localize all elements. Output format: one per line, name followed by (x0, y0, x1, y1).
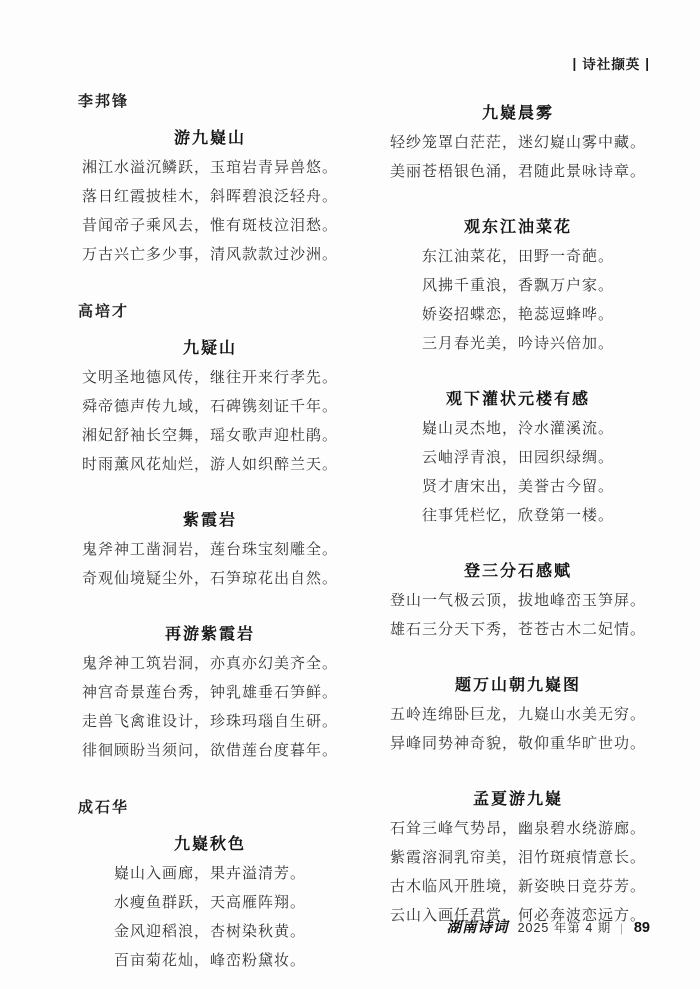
poem-line: 往事凭栏忆，欣登第一楼。 (372, 502, 664, 531)
poem-line: 古木临风开胜境，新姿映日竞芬芳。 (372, 873, 664, 902)
poem-line: 时雨薰风花灿烂，游人如织醉兰天。 (64, 451, 356, 480)
poem-line: 文明圣地德风传，继往开来行孝先。 (64, 364, 356, 393)
poem-line: 异峰同势神奇貌，敬仰重华旷世功。 (372, 730, 664, 759)
poem-title: 九疑山 (64, 335, 356, 358)
poet-name: 高培才 (78, 300, 356, 321)
poem-line: 风拂千重浪，香飘万户家。 (372, 272, 664, 301)
poem-line: 奇观仙境疑尘外，石笋琼花出自然。 (64, 565, 356, 594)
poem-line: 昔闻帝子乘风去，惟有斑枝泣泪愁。 (64, 212, 356, 241)
poem-line: 舜帝德声传九域，石碑镌刻证千年。 (64, 393, 356, 422)
poem-title: 登三分石感赋 (372, 558, 664, 581)
poem-line: 石耸三峰气势昂，幽泉碧水绕游廊。 (372, 815, 664, 844)
poem: 登三分石感赋登山一气极云顶，拔地峰峦玉笋屏。雄石三分天下秀，苍苍古木二妃情。 (372, 558, 664, 645)
header-bar-left: | (572, 56, 577, 71)
poem-line: 五岭连绵卧巨龙，九嶷山水美无穷。 (372, 701, 664, 730)
poem-title: 孟夏游九嶷 (372, 786, 664, 809)
poem-line: 云岫浮青浪，田园织绿绸。 (372, 444, 664, 473)
poem-title: 九嶷秋色 (64, 831, 356, 854)
poem: 观东江油菜花东江油菜花，田野一奇葩。风拂千重浪，香飘万户家。娇姿招蝶恋，艳蕊逗蜂… (372, 214, 664, 359)
footer-divider: | (620, 920, 623, 936)
poem-line: 鬼斧神工凿洞岩，莲台珠宝刻雕全。 (64, 536, 356, 565)
poem-title: 游九嶷山 (64, 125, 356, 148)
poem-line: 百亩菊花灿，峰峦粉黛妆。 (64, 947, 356, 976)
poem-line: 东江油菜花，田野一奇葩。 (372, 243, 664, 272)
poem-line: 美丽苍梧银色涌，君随此景咏诗章。 (372, 158, 664, 187)
section-header-tag: | 诗社撷英 | (572, 53, 650, 73)
header-bar-right: | (645, 56, 650, 71)
poem-line: 落日红霞披桂木，斜晖碧浪泛轻舟。 (64, 183, 356, 212)
poem: 九嶷秋色嶷山入画廊，果卉溢清芳。水瘦鱼群跃，天高雁阵翔。金风迎稻浪，杏树染秋黄。… (64, 831, 356, 976)
poem: 题万山朝九嶷图五岭连绵卧巨龙，九嶷山水美无穷。异峰同势神奇貌，敬仰重华旷世功。 (372, 672, 664, 759)
poem-line: 嶷山灵杰地，泠水灌溪流。 (372, 415, 664, 444)
page-footer: 湖南诗词 2025 年第 4 期 | 89 (447, 916, 650, 937)
poem: 孟夏游九嶷石耸三峰气势昂，幽泉碧水绕游廊。紫霞溶洞乳帘美，泪竹斑痕情意长。古木临… (372, 786, 664, 931)
poem: 再游紫霞岩鬼斧神工筑岩洞，亦真亦幻美齐全。神宫奇景莲台秀，钟乳雄垂石笋鲜。走兽飞… (64, 621, 356, 766)
poem-title: 观东江油菜花 (372, 214, 664, 237)
poem-line: 金风迎稻浪，杏树染秋黄。 (64, 918, 356, 947)
poem-line: 登山一气极云顶，拔地峰峦玉笋屏。 (372, 587, 664, 616)
issue-label: 2025 年第 4 期 (518, 918, 612, 936)
journal-name: 湖南诗词 (447, 916, 509, 937)
magazine-page: | 诗社撷英 | 李邦锋游九嶷山湘江水溢沉鳞跃，玉琯岩青异兽悠。落日红霞披桂木，… (0, 0, 700, 989)
poem-line: 走兽飞禽谁设计，珍珠玛瑙自生研。 (64, 708, 356, 737)
poem: 观下灌状元楼有感嶷山灵杰地，泠水灌溪流。云岫浮青浪，田园织绿绸。贤才唐宋出，美誉… (372, 386, 664, 531)
poem-title: 紫霞岩 (64, 507, 356, 530)
poem-line: 万古兴亡多少事，清风款款过沙洲。 (64, 241, 356, 270)
poem-line: 雄石三分天下秀，苍苍古木二妃情。 (372, 616, 664, 645)
poem-line: 娇姿招蝶恋，艳蕊逗蜂哗。 (372, 301, 664, 330)
poem-title: 题万山朝九嶷图 (372, 672, 664, 695)
poem: 九疑山文明圣地德风传，继往开来行孝先。舜帝德声传九域，石碑镌刻证千年。湘妃舒袖长… (64, 335, 356, 480)
poem-line: 水瘦鱼群跃，天高雁阵翔。 (64, 889, 356, 918)
poem-line: 湘妃舒袖长空舞，瑶女歌声迎杜鹃。 (64, 422, 356, 451)
page-number: 89 (634, 920, 650, 936)
poem-line: 贤才唐宋出，美誉古今留。 (372, 473, 664, 502)
section-title: 诗社撷英 (582, 53, 640, 73)
poem-title: 再游紫霞岩 (64, 621, 356, 644)
poem: 游九嶷山湘江水溢沉鳞跃，玉琯岩青异兽悠。落日红霞披桂木，斜晖碧浪泛轻舟。昔闻帝子… (64, 125, 356, 270)
poem-line: 湘江水溢沉鳞跃，玉琯岩青异兽悠。 (64, 154, 356, 183)
poem-line: 神宫奇景莲台秀，钟乳雄垂石笋鲜。 (64, 679, 356, 708)
poem: 九嶷晨雾轻纱笼罩白茫茫，迷幻嶷山雾中藏。美丽苍梧银色涌，君随此景咏诗章。 (372, 100, 664, 187)
poem-line: 鬼斧神工筑岩洞，亦真亦幻美齐全。 (64, 650, 356, 679)
poem-title: 九嶷晨雾 (372, 100, 664, 123)
poet-name: 李邦锋 (78, 90, 356, 111)
poem-line: 轻纱笼罩白茫茫，迷幻嶷山雾中藏。 (372, 129, 664, 158)
poem: 紫霞岩鬼斧神工凿洞岩，莲台珠宝刻雕全。奇观仙境疑尘外，石笋琼花出自然。 (64, 507, 356, 594)
poem-line: 嶷山入画廊，果卉溢清芳。 (64, 860, 356, 889)
poem-line: 紫霞溶洞乳帘美，泪竹斑痕情意长。 (372, 844, 664, 873)
poem-line: 三月春光美，吟诗兴倍加。 (372, 330, 664, 359)
poem-line: 徘徊顾盼当须问，欲借莲台度暮年。 (64, 737, 356, 766)
poem-title: 观下灌状元楼有感 (372, 386, 664, 409)
poet-name: 成石华 (78, 796, 356, 817)
poem-column-right: 九嶷晨雾轻纱笼罩白茫茫，迷幻嶷山雾中藏。美丽苍梧银色涌，君随此景咏诗章。观东江油… (372, 100, 664, 931)
poem-column-left: 李邦锋游九嶷山湘江水溢沉鳞跃，玉琯岩青异兽悠。落日红霞披桂木，斜晖碧浪泛轻舟。昔… (64, 90, 356, 976)
